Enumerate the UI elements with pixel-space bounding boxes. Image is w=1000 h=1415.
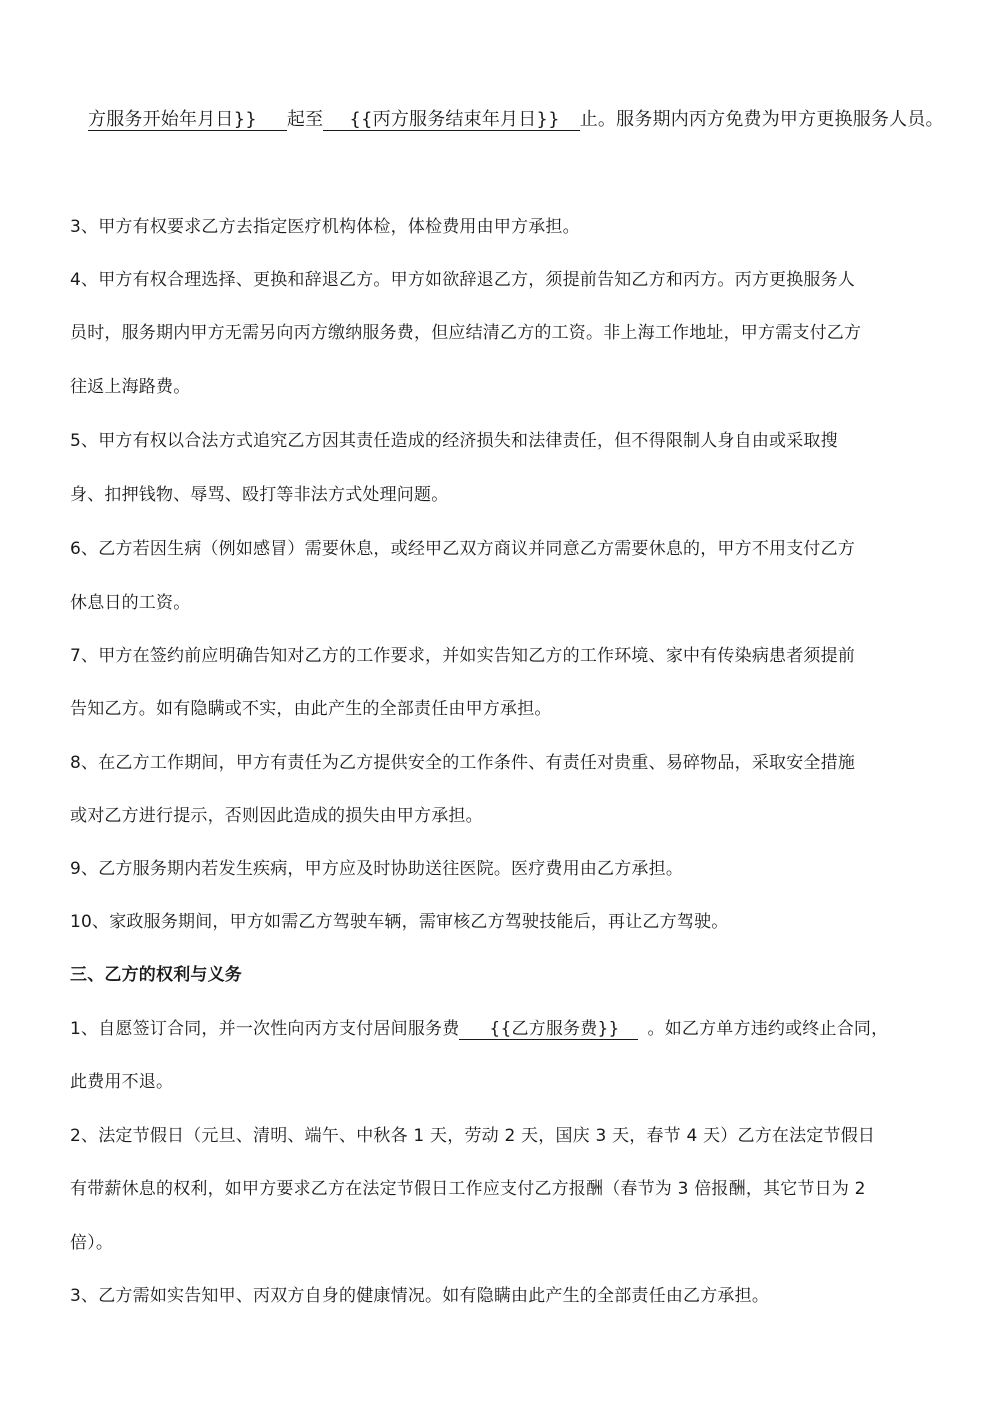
- clause-3-1-prefix: 1、自愿签订合同，并一次性向丙方支付居间服务费: [70, 1019, 459, 1039]
- clause-2-5-line1: 5、甲方有权以合法方式追究乙方因其责任造成的经济损失和法律责任，但不得限制人身自…: [70, 429, 838, 453]
- service-fee-field: {{乙方服务费}}: [459, 1019, 637, 1040]
- clause-2-4-line1: 4、甲方有权合理选择、更换和辞退乙方。甲方如欲辞退乙方，须提前告知乙方和丙方。丙…: [70, 268, 855, 292]
- section-3-heading: 三、乙方的权利与义务: [70, 963, 242, 987]
- clause-2-8-line2: 或对乙方进行提示，否则因此造成的损失由甲方承担。: [70, 804, 483, 828]
- service-period-line: 方服务开始年月日}}起至{{丙方服务结束年月日}}止。服务期内丙方免费为甲方更换…: [88, 108, 944, 132]
- clause-2-4-line3: 往返上海路费。: [70, 375, 190, 399]
- clause-3-1-suffix: 。如乙方单方违约或终止合同，: [648, 1019, 889, 1039]
- clause-2-8-line1: 8、在乙方工作期间，甲方有责任为乙方提供安全的工作条件、有责任对贵重、易碎物品，…: [70, 751, 855, 775]
- clause-2-7-line2: 告知乙方。如有隐瞒或不实，由此产生的全部责任由甲方承担。: [70, 697, 552, 721]
- connector-text: 起至: [287, 109, 323, 130]
- clause-2-6-line2: 休息日的工资。: [70, 591, 190, 615]
- clause-3-3: 3、乙方需如实告知甲、丙双方自身的健康情况。如有隐瞒由此产生的全部责任由乙方承担…: [70, 1284, 769, 1308]
- clause-2-9: 9、乙方服务期内若发生疾病，甲方应及时协助送往医院。医疗费用由乙方承担。: [70, 857, 683, 881]
- clause-2-7-line1: 7、甲方在签约前应明确告知对乙方的工作要求，并如实告知乙方的工作环境、家中有传染…: [70, 644, 855, 668]
- clause-2-10: 10、家政服务期间，甲方如需乙方驾驶车辆，需审核乙方驾驶技能后，再让乙方驾驶。: [70, 910, 728, 934]
- clause-3-1-line2: 此费用不退。: [70, 1070, 173, 1094]
- service-end-date-field: {{丙方服务结束年月日}}: [323, 109, 579, 131]
- clause-2-3: 3、甲方有权要求乙方去指定医疗机构体检，体检费用由甲方承担。: [70, 215, 580, 239]
- service-period-tail: 止。服务期内丙方免费为甲方更换服务人员。: [580, 109, 944, 130]
- clause-3-2-line2: 有带薪休息的权利，如甲方要求乙方在法定节假日工作应支付乙方报酬（春节为 3 倍报…: [70, 1177, 866, 1201]
- clause-2-4-line2: 员时，服务期内甲方无需另向丙方缴纳服务费，但应结清乙方的工资。非上海工作地址，甲…: [70, 321, 861, 345]
- clause-3-2-line1: 2、法定节假日（元旦、清明、端午、中秋各 1 天，劳动 2 天，国庆 3 天，春…: [70, 1124, 875, 1148]
- contract-page: 方服务开始年月日}}起至{{丙方服务结束年月日}}止。服务期内丙方免费为甲方更换…: [0, 0, 1000, 1415]
- service-start-date-field: 方服务开始年月日}}: [88, 109, 287, 131]
- clause-2-6-line1: 6、乙方若因生病（例如感冒）需要休息，或经甲乙双方商议并同意乙方需要休息的，甲方…: [70, 537, 855, 561]
- clause-3-1-line1: 1、自愿签订合同，并一次性向丙方支付居间服务费{{乙方服务费}}。如乙方单方违约…: [70, 1017, 888, 1041]
- clause-2-5-line2: 身、扣押钱物、辱骂、殴打等非法方式处理问题。: [70, 483, 448, 507]
- clause-3-2-line3: 倍）。: [70, 1231, 113, 1255]
